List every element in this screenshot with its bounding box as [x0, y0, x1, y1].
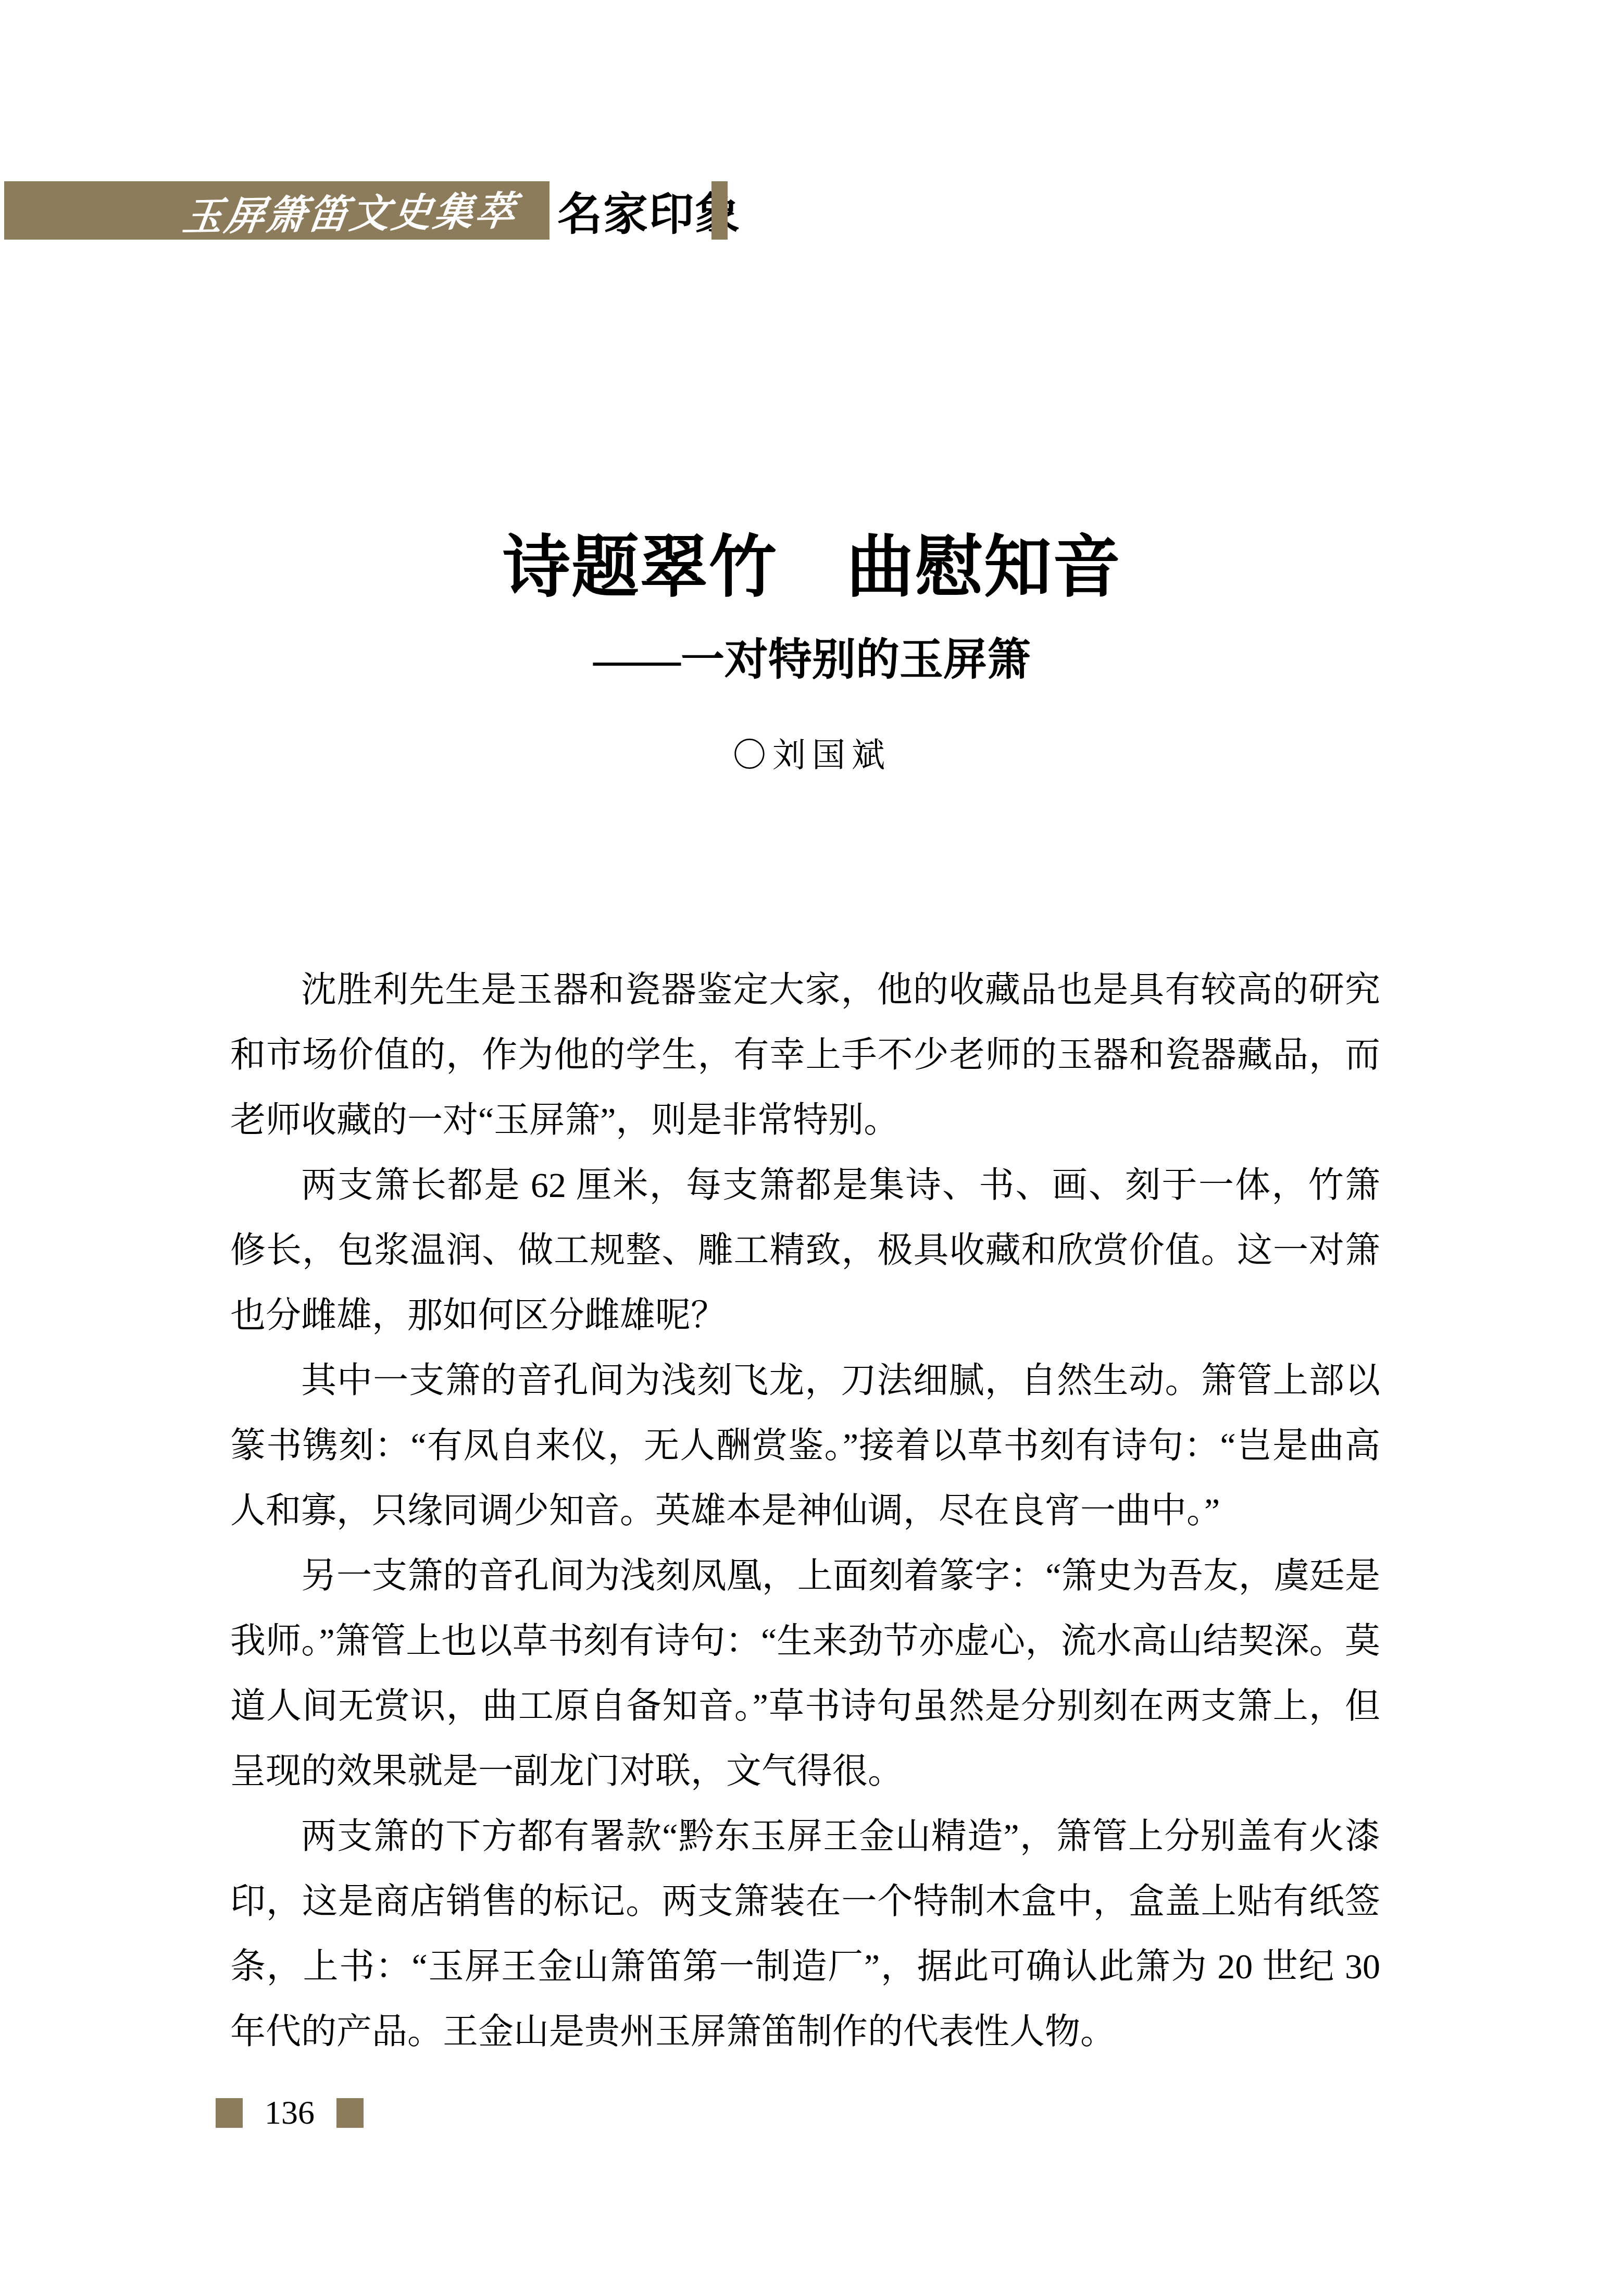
article-author: 〇刘国斌 [0, 737, 1624, 774]
footer-right-square [336, 2098, 364, 2128]
article-body: 沈胜利先生是玉器和瓷器鉴定大家，他的收藏品也是具有较高的研究和市场价值的，作为他… [230, 957, 1380, 2064]
header-band: 玉屏箫笛文史集萃 [4, 181, 549, 240]
article-subtitle: ——一对特别的玉屏箫 [0, 637, 1624, 684]
article-paragraph: 另一支箫的音孔间为浅刻凤凰，上面刻着篆字：“箫史为吾友，虞廷是我师。”箫管上也以… [230, 1543, 1380, 1804]
footer-left-square [216, 2098, 243, 2128]
page-number: 136 [265, 2096, 315, 2129]
article-paragraph: 沈胜利先生是玉器和瓷器鉴定大家，他的收藏品也是具有较高的研究和市场价值的，作为他… [230, 957, 1380, 1153]
header-accent-block [711, 181, 728, 240]
article-paragraph: 其中一支箫的音孔间为浅刻飞龙，刀法细腻，自然生动。箫管上部以篆书镌刻：“有凤自来… [230, 1348, 1380, 1543]
header-calligraphy-logo: 玉屏箫笛文史集萃 [180, 179, 521, 242]
page-footer: 136 [216, 2096, 364, 2129]
article-paragraph: 两支箫的下方都有署款“黔东玉屏王金山精造”，箫管上分别盖有火漆印，这是商店销售的… [230, 1804, 1380, 2064]
book-page: 玉屏箫笛文史集萃 名家印象 诗题翠竹 曲慰知音 ——一对特别的玉屏箫 〇刘国斌 … [0, 0, 1624, 2269]
article-paragraph: 两支箫长都是 62 厘米，每支箫都是集诗、书、画、刻于一体，竹箫修长，包浆温润、… [230, 1153, 1380, 1348]
article-title: 诗题翠竹 曲慰知音 [0, 531, 1624, 604]
